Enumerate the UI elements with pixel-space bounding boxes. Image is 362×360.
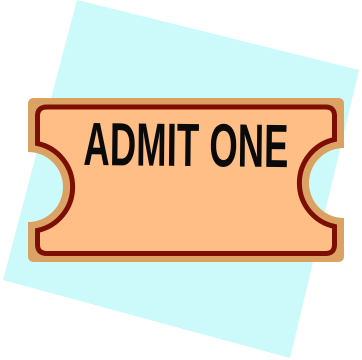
admit-one-ticket-illustration: ADMIT ONE bbox=[0, 0, 362, 360]
admit-one-text: ADMIT ONE bbox=[83, 110, 289, 180]
clipart-canvas: ADMIT ONE bbox=[0, 0, 362, 360]
